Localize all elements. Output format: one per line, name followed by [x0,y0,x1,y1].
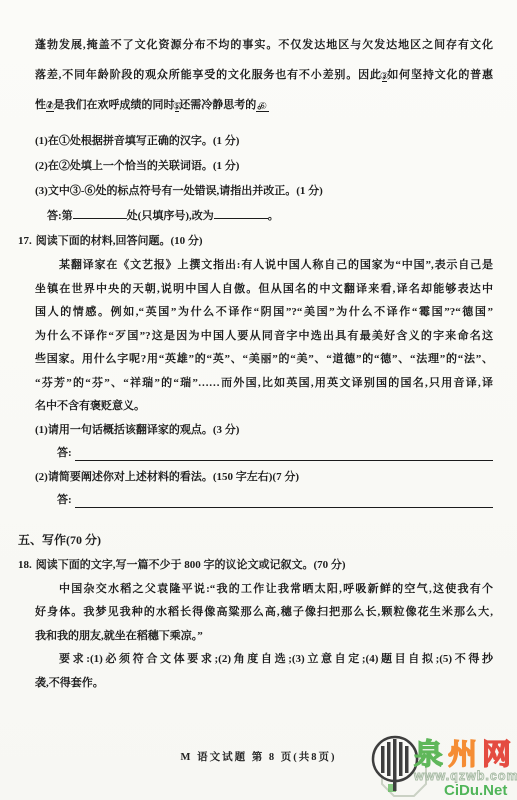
q18-material-line: 我和我的朋友,就坐在稻穗下乘凉。” [35,625,493,649]
passage-text: 是我们在欢呼成绩的同时 [54,99,175,111]
q16-passage: 蓬勃发展,掩盖不了文化资源分布不均的事实。不仅发达地区与欠发达地区之间存有文化 … [35,30,493,120]
answer-underline [75,460,493,461]
q16-passage-line-2: 落差,不同年龄阶段的观众所能享受的文化服务也有不小差别。因此,③如何坚持文化的普… [35,60,493,90]
q17-material-line: 名中不含有褒贬意义。 [35,395,493,419]
passage-text: 还需冷静思考的 [179,99,256,111]
circled-number-6: ⑥ [258,102,267,112]
punct-annotation-6: 。⑥ [256,90,269,120]
punct-annotation-5: ,⑤ [175,90,180,120]
site-char-3: 网 [482,739,516,771]
q18-material-line: 好身体。我梦见我种的水稻长得像高粱那么高,穗子像扫把那么长,颗粒像花生米那么大, [35,601,493,625]
q18-prompt: 阅读下面的文字,写一篇不少于 800 字的议论文或记叙文。(70 分) [36,559,346,571]
punct-annotation-3: ,③ [382,60,387,90]
watermark-url: www.qzwb.com [414,769,517,783]
q18-requirements-line-2: 袭,不得套作。 [35,672,493,696]
exam-page: 蓬勃发展,掩盖不了文化资源分布不均的事实。不仅发达地区与欠发达地区之间存有文化 … [0,0,517,800]
answer-mid: 处(只填序号),改为 [127,210,214,222]
q18-header: 18.阅读下面的文字,写一篇不少于 800 字的议论文或记叙文。(70 分) [18,553,493,578]
q16-sub-2: (2)在②处填上一个恰当的关联词语。(1 分) [35,154,493,179]
q17-answer-line-1: 答: [35,442,493,466]
section-5-heading: 五、写作(70 分) [18,527,493,553]
circled-number-5: ⑤ [173,102,182,112]
section-5: 五、写作(70 分) [35,527,493,553]
q16-passage-line-1: 蓬勃发展,掩盖不了文化资源分布不均的事实。不仅发达地区与欠发达地区之间存有文化 [35,30,493,60]
q16-passage-line-3: 性?④是我们在欢呼成绩的同时,⑤还需冷静思考的。⑥ [35,90,493,120]
q17-number: 17. [18,235,32,247]
answer-end: 。 [268,210,279,222]
q17-material-line: “芬芳”的“芬”、“祥瑞”的“瑞”……而外国,比如英国,用英文译别国的国名,只用… [35,372,493,396]
answer-blank-2 [214,208,268,219]
circled-number-4: ④ [45,102,54,112]
site-char-2: 州 [448,739,482,771]
q17-material-line: 坐镇在世界中央的天朝,说明中国人自傲。但从国名的中文翻译来看,译名却能够表达中 [35,278,493,302]
exam-content: 蓬勃发展,掩盖不了文化资源分布不均的事实。不仅发达地区与欠发达地区之间存有文化 … [35,30,493,695]
punct-annotation-4: ?④ [46,90,54,120]
answer-prefix: 答:第 [47,210,73,222]
q17-prompt: 阅读下面的材料,回答问题。(10 分) [36,235,203,247]
q17-header: 17.阅读下面的材料,回答问题。(10 分) [18,229,493,254]
watermark-brand: CiDu.Net [444,782,507,799]
q16-subquestions: (1)在①处根据拼音填写正确的汉字。(1 分) (2)在②处填上一个恰当的关联词… [35,129,493,229]
q17-answer-line-2: 答: [35,489,493,513]
q16-sub-1: (1)在①处根据拼音填写正确的汉字。(1 分) [35,129,493,154]
watermark-site-name: 泉州网 [414,732,516,773]
q17-block: 17.阅读下面的材料,回答问题。(10 分) 某翻译家在《文艺报》上撰文指出:有… [35,229,493,513]
q17-material-line: 某翻译家在《文艺报》上撰文指出:有人说中国人称自己的国家为“中国”,表示自己是 [35,254,493,278]
answer-blank-1 [73,208,127,219]
answer-label: 答: [57,489,72,513]
q18-number: 18. [18,559,32,571]
passage-text: 性 [35,99,46,111]
q17-sub-1: (1)请用一句话概括该翻译家的观点。(3 分) [35,419,493,443]
passage-text: 落差,不同年龄阶段的观众所能享受的文化服务也有不小差别。因此 [35,69,382,81]
q16-answer-line: 答:第处(只填序号),改为。 [35,204,493,229]
answer-label: 答: [57,442,72,466]
site-char-1: 泉 [414,739,448,771]
q17-material-line: 为什么不译作“歹国”?这是因为中国人要从同音字中选出具有最美好含义的字来命名这 [35,325,493,349]
q18-material-line: 中国杂交水稻之父袁隆平说:“我的工作让我常晒太阳,呼吸新鲜的空气,这使我有个 [35,578,493,602]
q18-block: 18.阅读下面的文字,写一篇不少于 800 字的议论文或记叙文。(70 分) 中… [35,553,493,696]
q16-sub-3: (3)文中③-⑥处的标点符号有一处错误,请指出并改正。(1 分) [35,179,493,204]
q18-requirements-line-1: 要求:(1)必须符合文体要求;(2)角度自选;(3)立意自定;(4)题目自拟;(… [35,648,493,672]
answer-underline [75,507,493,508]
passage-text: 如何坚持文化的普惠 [387,69,494,81]
circled-number-3: ③ [380,72,389,82]
watermark: 泉州网 www.qzwb.com CiDu.Net [368,732,517,800]
q17-material-line: 些国家。用什么字呢?用“英雄”的“英”、“美丽”的“美”、“道德”的“德”、“法… [35,348,493,372]
q17-material-line: 国人的情感。例如,“英国”为什么不译作“阴国”?“美国”为什么不译作“霉国”?“… [35,301,493,325]
q17-sub-2: (2)请简要阐述你对上述材料的看法。(150 字左右)(7 分) [35,466,493,490]
